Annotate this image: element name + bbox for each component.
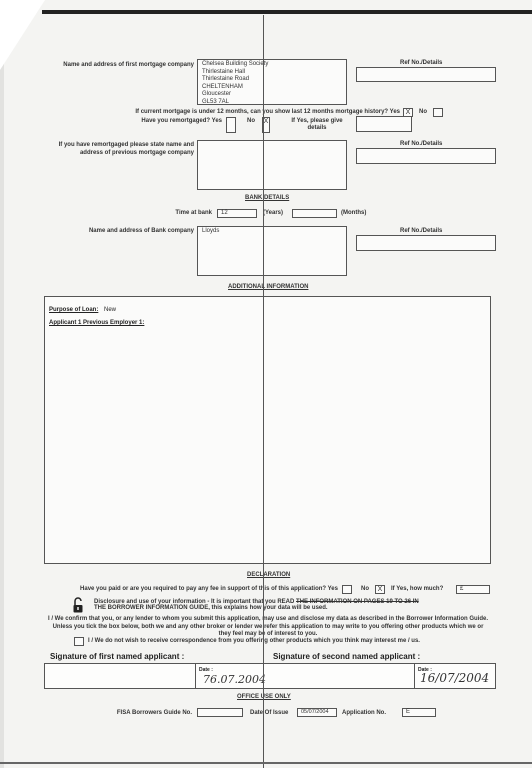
first-signature-label: Signature of first named applicant : [50, 652, 184, 661]
second-signature-label: Signature of second named applicant : [273, 652, 420, 661]
fee-yes-checkbox[interactable] [342, 585, 352, 594]
previous-mortgage-label: If you have remortgaged please state nam… [40, 142, 194, 157]
previous-mortgage-field[interactable] [197, 140, 347, 190]
if-yes-details-label: If Yes, please give details [284, 118, 350, 132]
optout-text: I / We do not wish to receive correspond… [88, 638, 420, 644]
purpose-label: Purpose of Loan: [49, 307, 98, 313]
first-date-value[interactable]: 76.07.2004 [203, 673, 266, 686]
purpose-value: New [104, 307, 116, 313]
page-bottom-edge [0, 762, 532, 764]
declaration-header: DECLARATION [247, 572, 290, 578]
time-at-bank-label: Time at bank [140, 210, 212, 216]
page-corner-curl [0, 0, 45, 70]
previous-ref-label: Ref No./Details [400, 141, 442, 147]
months-label: (Months) [341, 210, 366, 216]
first-signature-field[interactable] [45, 664, 195, 688]
first-mortgage-address-field[interactable]: Chelsea Building SocietyThirlestaine Hal… [197, 59, 347, 105]
if-yes-details-field[interactable] [356, 116, 412, 132]
padlock-icon [73, 597, 83, 613]
address-line: Thirlestaine Hall [202, 69, 342, 77]
ref-details-label: Ref No./Details [400, 60, 442, 66]
employer-row: Applicant 1 Previous Employer 1: [49, 320, 148, 326]
address-line: GL53 7AL [202, 99, 342, 107]
fee-no-label: No [361, 586, 369, 592]
history-question: If current mortgage is under 12 months, … [100, 109, 400, 115]
disclosure-line2: THE BORROWER INFORMATION GUIDE, this exp… [94, 605, 328, 611]
bank-ref-label: Ref No./Details [400, 228, 442, 234]
fee-no-checkbox[interactable]: X [375, 585, 385, 594]
years-field[interactable]: 12 [217, 209, 257, 218]
fee-amount-field[interactable]: £ [456, 585, 490, 594]
address-line: Gloucester [202, 91, 342, 99]
top-border-bar [42, 10, 532, 14]
second-signature-field[interactable] [264, 664, 414, 688]
employer-label: Applicant 1 Previous Employer 1: [49, 320, 144, 326]
bank-name-label: Name and address of Bank company [40, 228, 194, 236]
divider [195, 664, 196, 688]
bank-details-header: BANK DETAILS [245, 195, 289, 201]
second-date-value[interactable]: 16/07/2004 [420, 671, 489, 685]
first-mortgage-address: Chelsea Building SocietyThirlestaine Hal… [198, 60, 346, 107]
guide-no-field[interactable] [197, 708, 243, 717]
page-edge-shadow [0, 0, 4, 768]
first-mortgage-label: Name and address of first mortgage compa… [40, 62, 194, 70]
remortgaged-yes-checkbox[interactable] [226, 117, 236, 133]
date-of-issue-field[interactable]: 05/07/2004 [297, 708, 337, 717]
optout-checkbox[interactable] [74, 637, 84, 646]
purpose-row: Purpose of Loan: New [49, 307, 116, 313]
ref-details-field[interactable] [356, 67, 496, 82]
previous-ref-field[interactable] [356, 148, 496, 164]
history-no-checkbox[interactable] [433, 108, 443, 117]
confirm-text: I / We confirm that you, or any lender t… [48, 616, 488, 639]
additional-info-box[interactable]: Purpose of Loan: New Applicant 1 Previou… [44, 296, 491, 564]
application-no-label: Application No. [342, 710, 386, 716]
remortgaged-no-label: No [247, 118, 255, 124]
application-no-field[interactable]: E [402, 708, 436, 717]
additional-info-header: ADDITIONAL INFORMATION [228, 284, 308, 290]
guide-no-label: FISA Borrowers Guide No. [80, 710, 192, 716]
fee-amount-label: If Yes, how much? [391, 586, 443, 592]
bank-ref-field[interactable] [356, 235, 496, 251]
signature-table: Date : 76.07.2004 Date : 16/07/2004 [44, 663, 496, 689]
years-label: (Years) [263, 210, 283, 216]
divider [414, 664, 415, 688]
history-no-label: No [419, 109, 427, 115]
months-field[interactable] [292, 209, 337, 218]
bank-name-value: Lloyds [198, 227, 346, 237]
address-line: Thirlestaine Road [202, 76, 342, 84]
page-fold-line [263, 15, 264, 768]
remortgaged-label: Have you remortgaged? Yes [120, 118, 222, 124]
fee-question: Have you paid or are you required to pay… [52, 586, 338, 592]
disclosure-text: Disclosure and use of your information -… [94, 599, 514, 611]
address-line: Chelsea Building Society [202, 61, 342, 69]
bank-name-field[interactable]: Lloyds [197, 226, 347, 276]
address-line: CHELTENHAM [202, 84, 342, 92]
date-of-issue-label: Date Of Issue [250, 710, 288, 716]
